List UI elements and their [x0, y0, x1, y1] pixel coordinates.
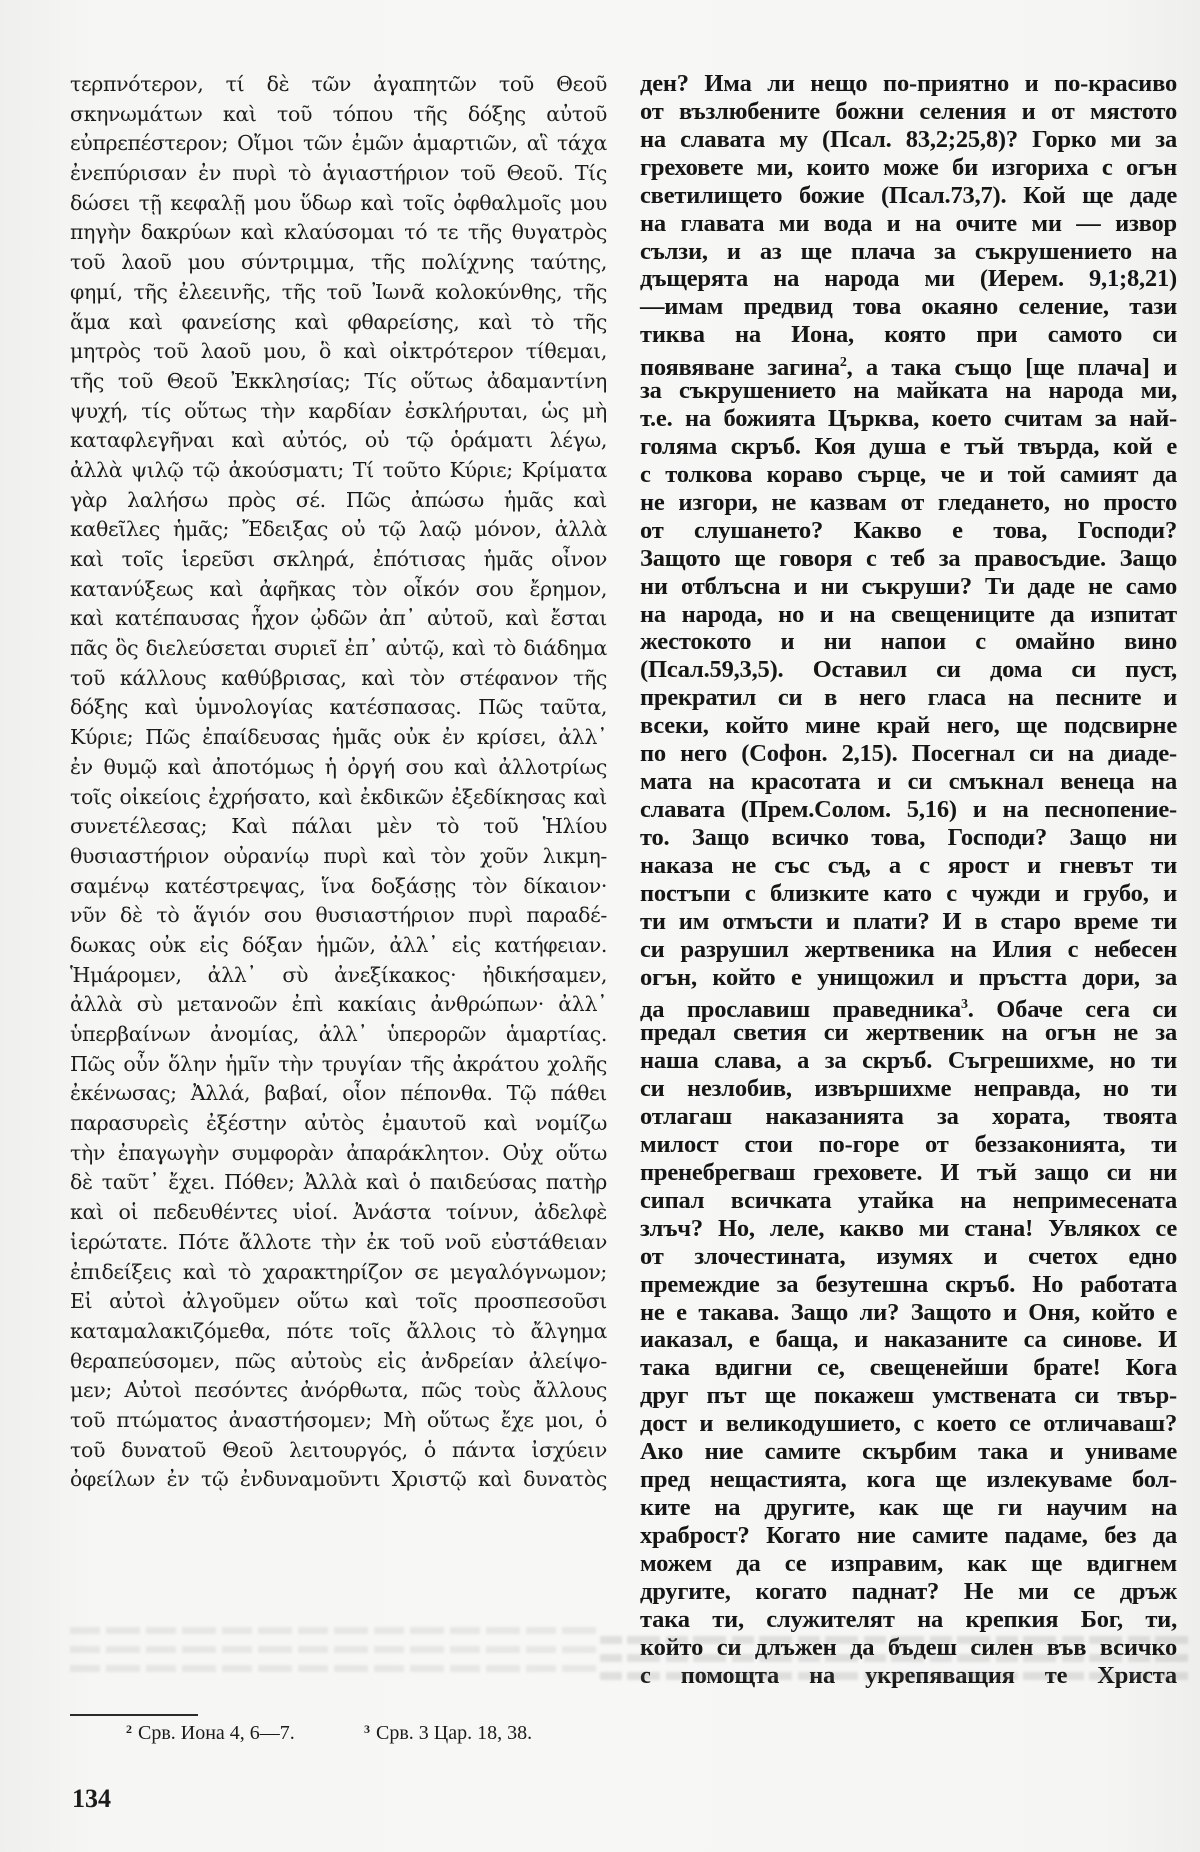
text-line: τοῦ πτώματος ἀναστήσομεν; Μὴ οὕτως ἔχε μ…: [70, 1406, 607, 1436]
text-line: на главата ми вода и на очите ми — извор: [640, 210, 1177, 238]
text-line: по него (Софон. 2,15). Посегнал си на ди…: [640, 740, 1177, 768]
greek-text-column: τερπνότερον, τί δὲ τῶν ἀγαπητῶν τοῦ Θεοῦ…: [70, 70, 607, 1495]
text-line: εὐπρεπέστερον; Οἴμοι τῶν ἐμῶν ἁμαρτιῶν, …: [70, 129, 607, 159]
text-line: καὶ τοῖς ἱερεῦσι σκληρά, ἐπότισας ἡμᾶς ο…: [70, 545, 607, 575]
text-line: всеки, който мине край него, ще подсвирн…: [640, 712, 1177, 740]
text-line: ὀφείλων ἐν τῷ ἐνδυναμοῦντι Χριστῷ καὶ δυ…: [70, 1465, 607, 1495]
text-line: Πῶς οὖν ὅλην ἡμῖν τὴν τρυγίαν τῆς ἀκράτο…: [70, 1050, 607, 1080]
book-page: τερπνότερον, τί δὲ τῶν ἀγαπητῶν τοῦ Θεοῦ…: [0, 0, 1200, 1852]
text-line: така вдигни се, свещенейши брате! Кога: [640, 1354, 1177, 1382]
text-line: ките на другите, как ще ги научим на: [640, 1494, 1177, 1522]
text-line: да прославиш праведника3. Обаче сега си: [640, 991, 1177, 1019]
text-line: огън, който е унищожил и пръстта дори, з…: [640, 964, 1177, 992]
bulgarian-translation-column: ден? Има ли нещо по-приятно и по-красиво…: [640, 70, 1177, 1689]
text-line: прекратил си в него гласа на песните и: [640, 684, 1177, 712]
text-line: жестокото и ни напои с омайно вино: [640, 628, 1177, 656]
text-line: θεραπεύσομεν, πῶς αὐτοὺς εἰς ἀνδρείαν ἀλ…: [70, 1347, 607, 1377]
footnote-ref: 3: [961, 997, 968, 1012]
text-line: не е такава. Защо ли? Защото и Оня, койт…: [640, 1299, 1177, 1327]
page-number: 134: [72, 1784, 111, 1814]
text-line: ἐνεπύρισαν ἐν πυρὶ τὸ ἁγιαστήριον τοῦ Θε…: [70, 159, 607, 189]
text-line: καὶ κατέπαυσας ἦχον ᾠδῶν ἀπ᾽ αὐτοῦ, καὶ …: [70, 604, 607, 634]
text-line: τὴν ἐπαγωγὴν συμφορὰν ἀπαράκλητον. Οὐχ ο…: [70, 1139, 607, 1169]
text-line: δωκας οὐκ εἰς δόξαν ἡμῶν, ἀλλ᾽ εἰς κατήφ…: [70, 931, 607, 961]
text-line: δώσει τῇ κεφαλῇ μου ὕδωρ καὶ τοῖς ὀφθαλμ…: [70, 189, 607, 219]
text-line: —имам предвид това окаяно селение, тази: [640, 293, 1177, 321]
text-line: друг път ще покажеш умствената си твър-: [640, 1382, 1177, 1410]
text-line: ἐκένωσας; Ἀλλά, βαβαί, οἷον πέπονθα. Τῷ …: [70, 1079, 607, 1109]
text-line: συνετέλεσας; Καὶ πάλαι μὲν τὸ τοῦ Ἡλίου: [70, 812, 607, 842]
text-line: не изгори, не казвам от гледането, но пр…: [640, 489, 1177, 517]
text-line: пренебрегваш греховете. И тъй защо си ни: [640, 1159, 1177, 1187]
text-line: греховете ми, които може би изгориха с о…: [640, 154, 1177, 182]
footnote-mark: 2: [126, 1722, 132, 1736]
text-line: ден? Има ли нещо по-приятно и по-красиво: [640, 70, 1177, 98]
text-line: за съкрушението на майката на народа ми,: [640, 377, 1177, 405]
text-line: храброст? Когато ние самите падаме, без …: [640, 1522, 1177, 1550]
text-line: от злочестината, изумях и счетох едно: [640, 1243, 1177, 1271]
text-line: ἐπιδείξεις καὶ τὸ χαρακτηρίζον σε μεγαλό…: [70, 1258, 607, 1288]
text-line: можем да се изправим, как ще вдигнем: [640, 1550, 1177, 1578]
text-line: появяване загина2, а така също [ще плача…: [640, 349, 1177, 377]
footnote-text: Срв. 3 Цар. 18, 38.: [376, 1722, 532, 1744]
text-line: πηγὴν δακρύων καὶ κλαύσομαι τό τε τῆς θυ…: [70, 218, 607, 248]
text-line: милост стои по-горе от беззаконията, ти: [640, 1131, 1177, 1159]
text-line: премеждие за безутешна скръб. Но работат…: [640, 1271, 1177, 1299]
text-line: κατανύξεως καὶ ἀφῆκας τὸν οἶκόν σου ἔρημ…: [70, 575, 607, 605]
text-line: μεν; Αὐτοὶ πεσόντες ἀνόρθωτα, πῶς τοὺς ἄ…: [70, 1376, 607, 1406]
footnote-2: 2Срв. Иона 4, 6—7.: [126, 1722, 295, 1745]
text-line: ἀλλὰ σὺ μετανοῶν ἐπὶ κακίαις ἀνθρώπων· ἀ…: [70, 990, 607, 1020]
text-line: τῆς τοῦ Θεοῦ Ἐκκλησίας; Τίς οὕτως ἀδαμαν…: [70, 367, 607, 397]
text-line: сълзи, и аз ще плача за съкрушението на: [640, 238, 1177, 266]
text-line: σκηνωμάτων καὶ τοῦ τόπου τῆς δόξης αὐτοῦ: [70, 100, 607, 130]
bleed-through-text-right: [600, 1628, 1190, 1718]
text-line: Κύριε; Πῶς ἐπαίδευσας ἡμᾶς οὐκ ἐν κρίσει…: [70, 723, 607, 753]
text-line: νῦν δὲ τὸ ἅγιόν σου θυσιαστήριον πυρὶ πα…: [70, 901, 607, 931]
text-line: другите, когато паднат? Не ми се дръж: [640, 1578, 1177, 1606]
text-line: си разрушил жертвеника на Илия с небесен: [640, 936, 1177, 964]
text-line: σαμένῳ κατέστρεψας, ἵνα δοξάσῃς τὸν δίκα…: [70, 872, 607, 902]
text-line: τερπνότερον, τί δὲ τῶν ἀγαπητῶν τοῦ Θεοῦ: [70, 70, 607, 100]
text-line: пред нещастията, кога ще излекуваме бол-: [640, 1466, 1177, 1494]
text-line: ἀλλὰ ψιλῷ τῷ ἀκούσματι; Τί τοῦτο Κύριε; …: [70, 456, 607, 486]
text-line: ἱερώτατε. Πότε ἄλλοτε τὴν ἐκ τοῦ νοῦ εὐσ…: [70, 1228, 607, 1258]
text-line: καθεῖλες ἡμᾶς; Ἔδειξας οὐ τῷ λαῷ μόνον, …: [70, 515, 607, 545]
text-line: τοῦ δυνατοῦ Θεοῦ λειτουργός, ὁ πάντα ἰσχ…: [70, 1436, 607, 1466]
text-line: т.е. на божията Църква, което считам за …: [640, 405, 1177, 433]
text-line: πᾶς ὃς διελεύσεται συριεῖ ἐπ᾽ αὐτῷ, καὶ …: [70, 634, 607, 664]
text-line: иаказал, е баща, и наказаните са синове.…: [640, 1326, 1177, 1354]
text-line: постъпи с близките като с чужди и грубо,…: [640, 880, 1177, 908]
text-line: καταμαλακιζόμεθα, πότε τοῖς ἄλλοις τὸ ἄλ…: [70, 1317, 607, 1347]
text-line: καὶ οἱ πεδευθέντες υἱοί. Ἀνάστα τοίνυν, …: [70, 1198, 607, 1228]
text-line: τοῖς οἰκείοις ἐχρήσατο, καὶ ἐκδικῶν ἐξεδ…: [70, 783, 607, 813]
text-line: тиква на Иона, която при самото си: [640, 321, 1177, 349]
text-line: δὲ ταῦτ᾽ ἔχει. Πόθεν; Ἀλλὰ καὶ ὁ παιδεύσ…: [70, 1168, 607, 1198]
text-line: μητρὸς τοῦ λαοῦ μου, ὃ καὶ οἰκτρότερον τ…: [70, 337, 607, 367]
text-line: Ако ние самите скърбим така и униваме: [640, 1438, 1177, 1466]
text-line: наказа не със съд, а с ярост и гневът ти: [640, 852, 1177, 880]
text-line: Защото ще говоря с теб за правосъдие. За…: [640, 545, 1177, 573]
text-line: предал светия си жертвеник на огън не за: [640, 1019, 1177, 1047]
text-line: φημί, τῆς ἐλεεινῆς, τῆς τοῦ Ἰωνᾶ κολοκύν…: [70, 278, 607, 308]
text-line: Εἰ αὐτοὶ ἀλγοῦμεν οὕτω καὶ τοῖς προσπεσο…: [70, 1287, 607, 1317]
text-line: мата на красотата и си смъкнал венеца на: [640, 768, 1177, 796]
text-line: отлагаш наказанията за хората, твоята: [640, 1103, 1177, 1131]
text-line: наша слава, а за скръб. Съгрешихме, но т…: [640, 1047, 1177, 1075]
text-line: ни отблъсна и ни съкруши? Ти даде не сам…: [640, 573, 1177, 601]
bleed-through-text-left: [70, 1618, 600, 1708]
text-line: Ἡμάρομεν, ἀλλ᾽ σὺ ἀνεξίκακος· ἠδικήσαμεν…: [70, 961, 607, 991]
text-line: ψυχή, τίς οὕτως τὴν καρδίαν ἐσκλήρυται, …: [70, 397, 607, 427]
text-line: ἅμα καὶ φανείσης καὶ φθαρείσης, καὶ τὸ τ…: [70, 308, 607, 338]
footnote-mark: 3: [364, 1722, 370, 1736]
text-line: на народа, но и на свещениците да изпита…: [640, 601, 1177, 629]
text-line: τοῦ κάλλους καθύβρισας, καὶ τὸν στέφανον…: [70, 664, 607, 694]
text-line: славата (Прем.Солом. 5,16) и на песнопен…: [640, 796, 1177, 824]
text-line: голяма скръб. Коя душа е тъй твърда, кой…: [640, 433, 1177, 461]
text-line: светилището божие (Псал.73,7). Кой ще да…: [640, 182, 1177, 210]
text-line: παρασυρεὶς ἐξέστην αὐτὸς ἐμαυτοῦ καὶ νομ…: [70, 1109, 607, 1139]
text-line: ὑπερβαίνων ἀνομίας, ἀλλ᾽ ὑπερορῶν ἁμαρτί…: [70, 1020, 607, 1050]
footnote-ref: 2: [840, 355, 847, 370]
text-line: дъщерята на народа ми (Иерем. 9,1;8,21): [640, 265, 1177, 293]
text-line: ти им отмъсти и плати? И в старо време т…: [640, 908, 1177, 936]
text-line: то. Защо всичко това, Господи? Защо ни: [640, 824, 1177, 852]
text-line: τοῦ λαοῦ μου σύντριμμα, τῆς πολίχνης ταύ…: [70, 248, 607, 278]
text-line: γὰρ λαλήσω πρὸς σέ. Πῶς ἀπώσω ἡμᾶς καὶ: [70, 486, 607, 516]
text-line: сипал всичката утайка на непримесената: [640, 1187, 1177, 1215]
footnote-separator-rule: [70, 1714, 198, 1716]
text-line: от възлюбените божни селения и от мястот…: [640, 98, 1177, 126]
text-line: καταφλεγῆναι καὶ αὐτός, οὐ τῷ ὁράματι λέ…: [70, 426, 607, 456]
footnote-3: 3Срв. 3 Цар. 18, 38.: [364, 1722, 532, 1745]
text-line: си незлобив, извършихме неправда, но ти: [640, 1075, 1177, 1103]
text-line: (Псал.59,3,5). Оставил си дома си пуст,: [640, 656, 1177, 684]
text-line: ἐν θυμῷ καὶ ἀποτόμως ἡ ὀργή σου καὶ ἀλλο…: [70, 753, 607, 783]
footnote-text: Срв. Иона 4, 6—7.: [138, 1722, 295, 1744]
text-line: злъч? Но, леле, какво ми стана! Увлякох …: [640, 1215, 1177, 1243]
text-line: от слушането? Какво е това, Господи?: [640, 517, 1177, 545]
text-line: дост и великодушието, с което се отличав…: [640, 1410, 1177, 1438]
text-line: δόξης καὶ ὑμνολογίας κατέσπασας. Πῶς ταῦ…: [70, 693, 607, 723]
text-line: на славата му (Псал. 83,2;25,8)? Горко м…: [640, 126, 1177, 154]
text-line: θυσιαστήριον οὐρανίῳ πυρὶ καὶ τὸν χοῦν λ…: [70, 842, 607, 872]
text-line: с толкова кораво сърце, че и той самият …: [640, 461, 1177, 489]
